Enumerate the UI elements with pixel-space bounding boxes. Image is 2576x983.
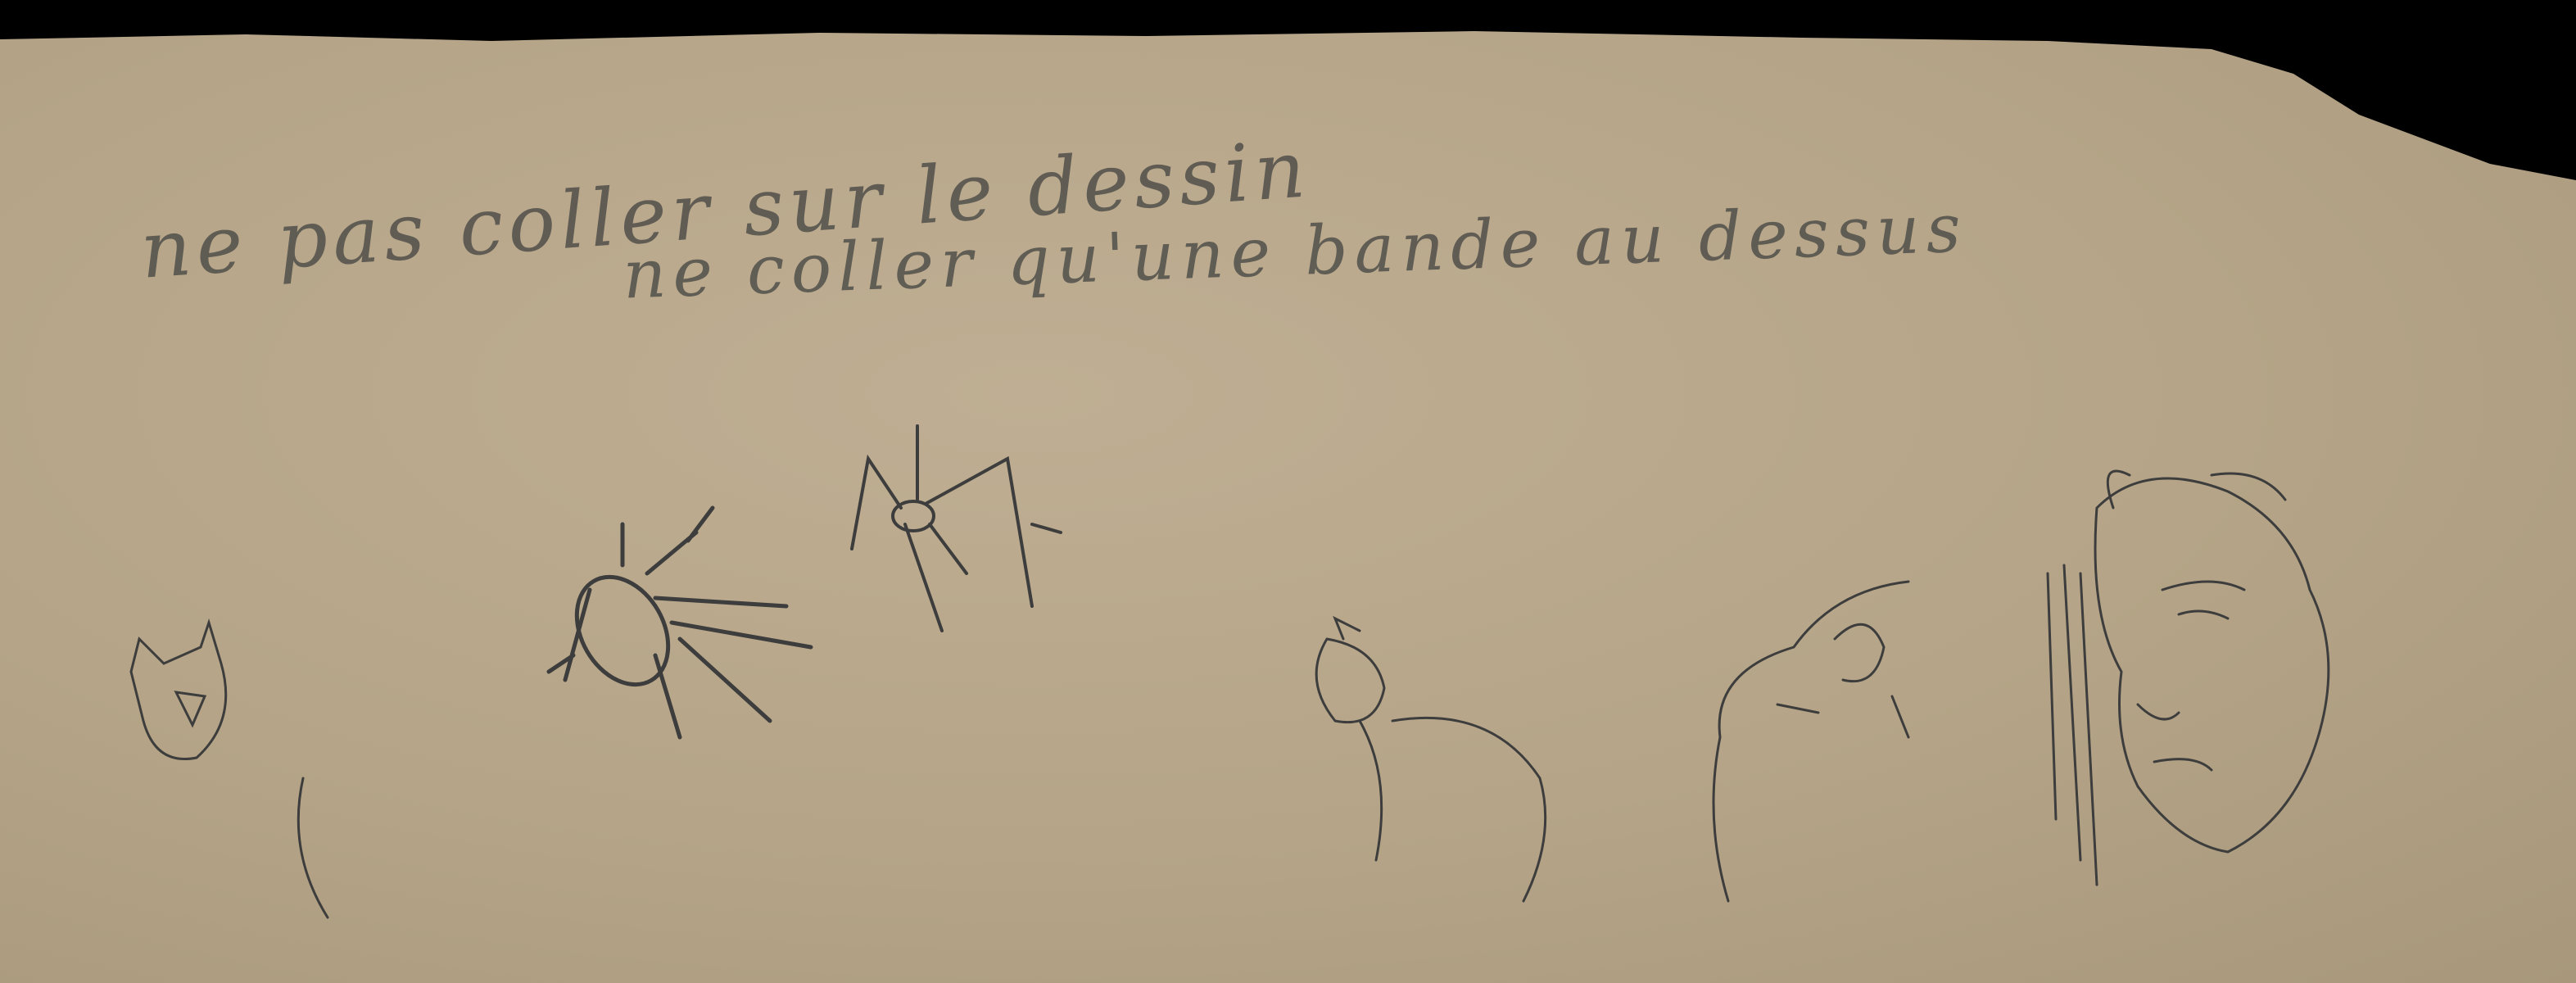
cat-sketch — [131, 623, 328, 917]
figure-sketch — [1316, 618, 1546, 901]
sketches-layer — [0, 0, 2576, 983]
sleeping-head-sketch — [1714, 582, 1908, 901]
beetle-sketch — [549, 508, 811, 737]
spider-sketch — [852, 426, 1061, 631]
portrait-sketch — [2048, 471, 2329, 885]
